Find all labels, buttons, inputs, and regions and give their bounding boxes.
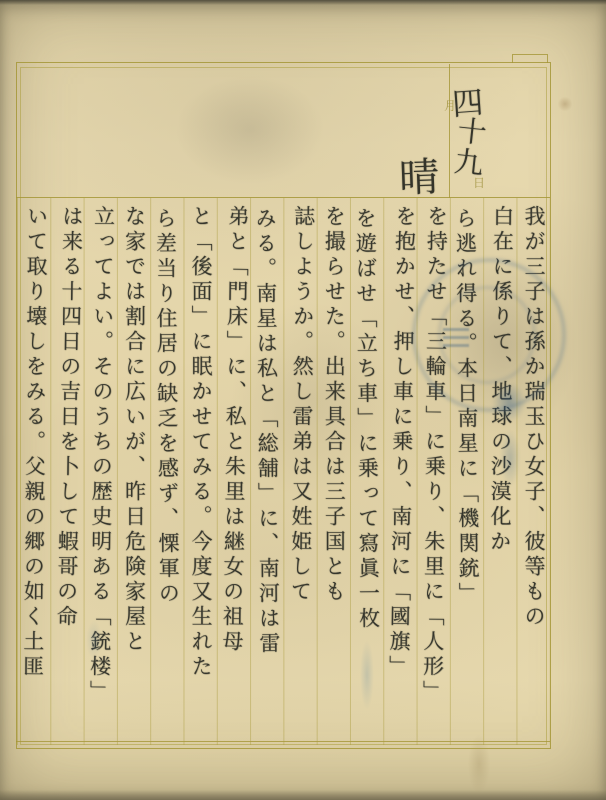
foxing-spot xyxy=(558,96,572,112)
header-memo-box xyxy=(17,64,449,197)
handwritten-day: 十九 xyxy=(446,114,493,180)
diary-column-15: は来る十四日の吉日を卜して蝦哥の命 xyxy=(47,198,88,745)
diary-column-14: 立ってよい。そのうちの歴史明ある「銃楼」 xyxy=(81,198,119,745)
scan-edge-bottom xyxy=(0,790,606,800)
diary-column-2: 白在に係りて、地球の沙漠化か xyxy=(481,198,519,745)
frame-corner-tab xyxy=(512,54,548,63)
diary-column-4: を持たせ「三輪車」に乗り、朱里に「人形」 xyxy=(414,198,452,745)
diary-column-16: いて取り壊しをみる。父親の郷の如く土匪 xyxy=(15,198,53,745)
diary-column-13: な家では割合に広いが、昨日危険家屋と xyxy=(117,198,150,745)
diary-column-12: ら差当り住居の缺乏を感ず、慄軍の xyxy=(148,200,186,747)
diary-column-11: と「後面」に眠かせてみる。今度又生れた xyxy=(184,198,217,745)
diary-column-7: を撮らせた。出来具合は三子国とも xyxy=(317,198,350,745)
diary-column-6: を遊ばせ「立ち車」に乗って寫眞一枚 xyxy=(348,200,386,747)
diary-column-10: 弟と「門床」に、私と朱里は継女の祖母 xyxy=(213,198,254,745)
handwritten-weather: 晴 xyxy=(398,145,440,203)
diary-column-9: みる。南星は私と「総舗」に、南河は雷 xyxy=(248,200,286,747)
diary-text-area: 我が三子は孫か瑞玉ひ女子、彼等もの白在に係りて、地球の沙漠化から逃れ得る。本日南… xyxy=(17,198,550,745)
diary-column-5: を抱かせ、押し車に乗り、南河に「國旗」 xyxy=(380,198,421,745)
scanned-diary-page: 月 日 四 十九 晴 我が三子は孫か瑞玉ひ女子、彼等もの白在に係りて、地球の沙漠… xyxy=(0,0,606,800)
scan-edge-top xyxy=(0,0,606,5)
paper: 月 日 四 十九 晴 我が三子は孫か瑞玉ひ女子、彼等もの白在に係りて、地球の沙漠… xyxy=(0,0,606,800)
diary-column-3: ら逃れ得る。本日南星に「機関銃」 xyxy=(448,200,486,747)
diary-column-1: 我が三子は孫か瑞玉ひ女子、彼等もの xyxy=(517,198,550,745)
stamp-bleedthrough-lines xyxy=(443,328,469,350)
diary-column-8: 誌しようか。然し雷弟は又姓姫して xyxy=(281,198,319,745)
